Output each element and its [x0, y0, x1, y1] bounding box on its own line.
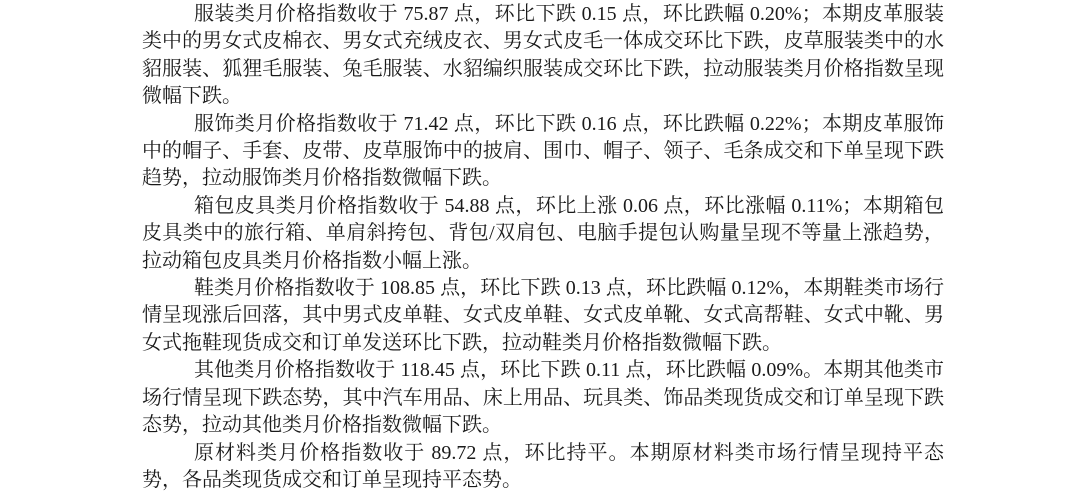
paragraph-shoes-index: 鞋类月价格指数收于 108.85 点，环比下跌 0.13 点，环比跌幅 0.12…: [142, 275, 944, 357]
paragraph-bags-leather-index: 箱包皮具类月价格指数收于 54.88 点，环比上涨 0.06 点，环比涨幅 0.…: [142, 193, 944, 275]
paragraph-apparel-index: 服装类月价格指数收于 75.87 点，环比下跌 0.15 点，环比跌幅 0.20…: [142, 1, 944, 111]
paragraph-others-index: 其他类月价格指数收于 118.45 点，环比下跌 0.11 点，环比跌幅 0.0…: [142, 357, 944, 439]
document-page: 服装类月价格指数收于 75.87 点，环比下跌 0.15 点，环比跌幅 0.20…: [0, 0, 1086, 493]
paragraph-raw-materials-index: 原材料类月价格指数收于 89.72 点，环比持平。本期原材料类市场行情呈现持平态…: [142, 440, 944, 493]
report-text-block: 服装类月价格指数收于 75.87 点，环比下跌 0.15 点，环比跌幅 0.20…: [142, 1, 944, 493]
paragraph-accessories-index: 服饰类月价格指数收于 71.42 点，环比下跌 0.16 点，环比跌幅 0.22…: [142, 111, 944, 193]
